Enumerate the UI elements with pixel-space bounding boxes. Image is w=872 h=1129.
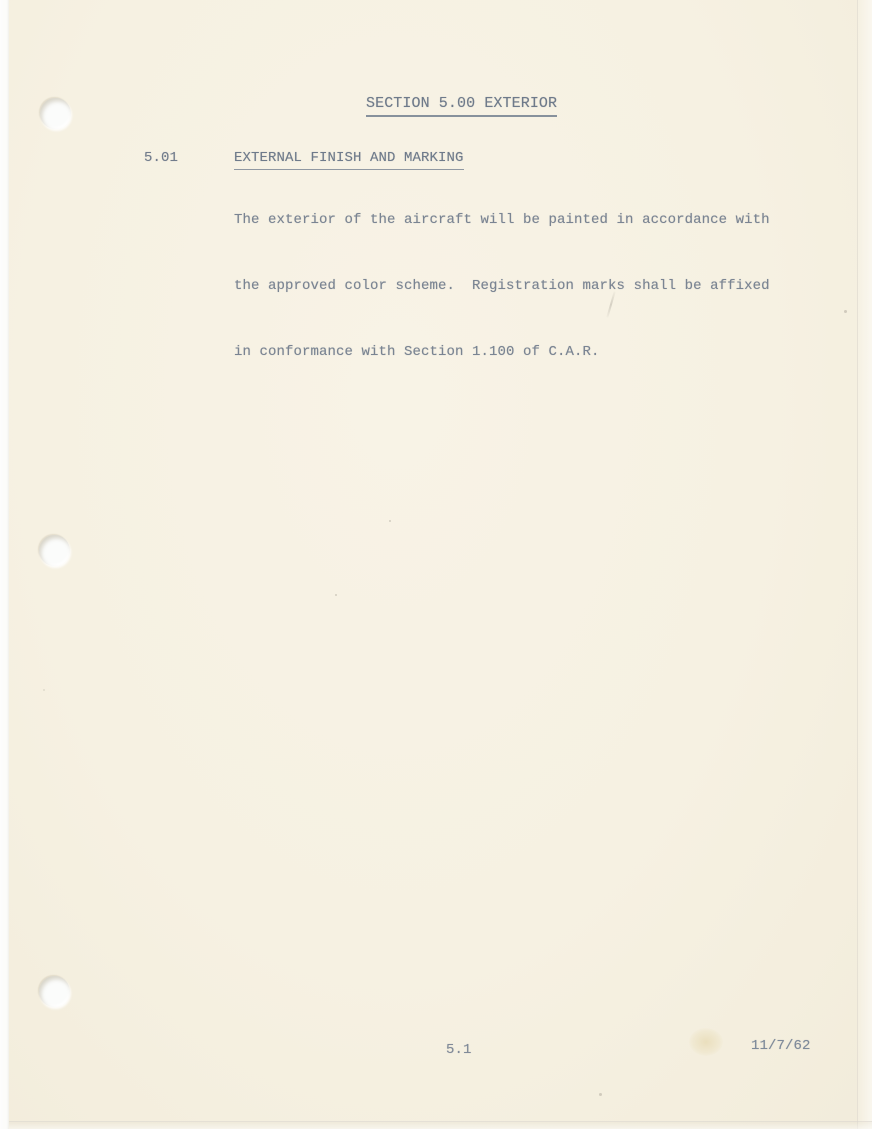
section-heading: EXTERNAL FINISH AND MARKING xyxy=(234,150,464,170)
stain-smudge xyxy=(689,1028,723,1056)
paper-speck xyxy=(335,594,337,596)
punch-hole-middle xyxy=(39,535,70,566)
body-line: The exterior of the aircraft will be pai… xyxy=(234,212,770,246)
page-number: 5.1 xyxy=(446,1042,472,1058)
document-title: SECTION 5.00 EXTERIOR xyxy=(366,95,557,117)
section-number: 5.01 xyxy=(144,150,178,166)
body-line: in conformance with Section 1.100 of C.A… xyxy=(234,344,770,378)
page-edge-bottom xyxy=(9,1121,872,1129)
body-line: the approved color scheme. Registration … xyxy=(234,278,770,312)
punch-hole-bottom xyxy=(39,976,70,1007)
paper-speck xyxy=(43,689,45,691)
scanned-document: SECTION 5.00 EXTERIOR 5.01 EXTERNAL FINI… xyxy=(0,0,872,1129)
paper-speck xyxy=(389,520,391,522)
revision-date: 11/7/62 xyxy=(751,1038,811,1054)
punch-hole-top xyxy=(40,98,71,129)
body-paragraph: The exterior of the aircraft will be pai… xyxy=(234,180,770,410)
paper-speck xyxy=(844,310,847,313)
page-edge-right xyxy=(857,0,872,1129)
paper-page: SECTION 5.00 EXTERIOR 5.01 EXTERNAL FINI… xyxy=(9,0,872,1129)
paper-speck xyxy=(599,1093,602,1096)
